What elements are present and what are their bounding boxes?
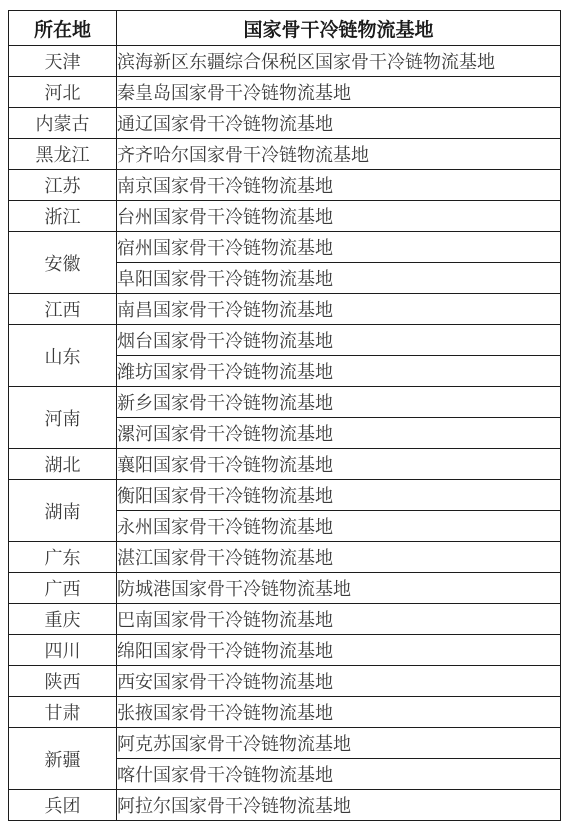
- base-cell: 绵阳国家骨干冷链物流基地: [117, 635, 561, 666]
- regions-table: 所在地 国家骨干冷链物流基地 天津滨海新区东疆综合保税区国家骨干冷链物流基地河北…: [8, 10, 561, 821]
- region-cell: 内蒙古: [9, 108, 117, 139]
- base-cell: 宿州国家骨干冷链物流基地: [117, 232, 561, 263]
- region-cell: 甘肃: [9, 697, 117, 728]
- base-cell: 滨海新区东疆综合保税区国家骨干冷链物流基地: [117, 46, 561, 77]
- table-row: 黑龙江齐齐哈尔国家骨干冷链物流基地: [9, 139, 561, 170]
- base-cell: 防城港国家骨干冷链物流基地: [117, 573, 561, 604]
- base-cell: 阿克苏国家骨干冷链物流基地: [117, 728, 561, 759]
- base-cell: 襄阳国家骨干冷链物流基地: [117, 449, 561, 480]
- region-cell: 新疆: [9, 728, 117, 790]
- table-row: 山东烟台国家骨干冷链物流基地: [9, 325, 561, 356]
- table-row: 兵团阿拉尔国家骨干冷链物流基地: [9, 790, 561, 821]
- base-cell: 台州国家骨干冷链物流基地: [117, 201, 561, 232]
- base-cell: 衡阳国家骨干冷链物流基地: [117, 480, 561, 511]
- table-body: 天津滨海新区东疆综合保税区国家骨干冷链物流基地河北秦皇岛国家骨干冷链物流基地内蒙…: [9, 46, 561, 821]
- base-cell: 西安国家骨干冷链物流基地: [117, 666, 561, 697]
- base-cell: 阜阳国家骨干冷链物流基地: [117, 263, 561, 294]
- table-row: 江苏南京国家骨干冷链物流基地: [9, 170, 561, 201]
- base-cell: 潍坊国家骨干冷链物流基地: [117, 356, 561, 387]
- region-cell: 安徽: [9, 232, 117, 294]
- region-cell: 湖南: [9, 480, 117, 542]
- region-cell: 浙江: [9, 201, 117, 232]
- table-row: 河南新乡国家骨干冷链物流基地: [9, 387, 561, 418]
- region-cell: 江苏: [9, 170, 117, 201]
- base-cell: 南昌国家骨干冷链物流基地: [117, 294, 561, 325]
- region-cell: 天津: [9, 46, 117, 77]
- base-cell: 秦皇岛国家骨干冷链物流基地: [117, 77, 561, 108]
- header-base: 国家骨干冷链物流基地: [117, 11, 561, 46]
- table-row: 重庆巴南国家骨干冷链物流基地: [9, 604, 561, 635]
- region-cell: 黑龙江: [9, 139, 117, 170]
- region-cell: 陕西: [9, 666, 117, 697]
- table-row: 湖南衡阳国家骨干冷链物流基地: [9, 480, 561, 511]
- base-cell: 湛江国家骨干冷链物流基地: [117, 542, 561, 573]
- base-cell: 新乡国家骨干冷链物流基地: [117, 387, 561, 418]
- table-row: 陕西西安国家骨干冷链物流基地: [9, 666, 561, 697]
- table-row: 安徽宿州国家骨干冷链物流基地: [9, 232, 561, 263]
- base-cell: 喀什国家骨干冷链物流基地: [117, 759, 561, 790]
- base-cell: 巴南国家骨干冷链物流基地: [117, 604, 561, 635]
- base-cell: 南京国家骨干冷链物流基地: [117, 170, 561, 201]
- base-cell: 漯河国家骨干冷链物流基地: [117, 418, 561, 449]
- region-cell: 山东: [9, 325, 117, 387]
- base-cell: 烟台国家骨干冷链物流基地: [117, 325, 561, 356]
- table-row: 江西南昌国家骨干冷链物流基地: [9, 294, 561, 325]
- base-cell: 通辽国家骨干冷链物流基地: [117, 108, 561, 139]
- base-cell: 阿拉尔国家骨干冷链物流基地: [117, 790, 561, 821]
- table-row: 广西防城港国家骨干冷链物流基地: [9, 573, 561, 604]
- table-row: 天津滨海新区东疆综合保税区国家骨干冷链物流基地: [9, 46, 561, 77]
- header-row: 所在地 国家骨干冷链物流基地: [9, 11, 561, 46]
- table-row: 广东湛江国家骨干冷链物流基地: [9, 542, 561, 573]
- table-row: 河北秦皇岛国家骨干冷链物流基地: [9, 77, 561, 108]
- region-cell: 湖北: [9, 449, 117, 480]
- region-cell: 河南: [9, 387, 117, 449]
- region-cell: 河北: [9, 77, 117, 108]
- table-row: 新疆阿克苏国家骨干冷链物流基地: [9, 728, 561, 759]
- document-page: 所在地 国家骨干冷链物流基地 天津滨海新区东疆综合保税区国家骨干冷链物流基地河北…: [0, 0, 568, 827]
- region-cell: 广西: [9, 573, 117, 604]
- base-cell: 齐齐哈尔国家骨干冷链物流基地: [117, 139, 561, 170]
- table-row: 四川绵阳国家骨干冷链物流基地: [9, 635, 561, 666]
- base-cell: 永州国家骨干冷链物流基地: [117, 511, 561, 542]
- table-row: 湖北襄阳国家骨干冷链物流基地: [9, 449, 561, 480]
- region-cell: 四川: [9, 635, 117, 666]
- table-row: 甘肃张掖国家骨干冷链物流基地: [9, 697, 561, 728]
- base-cell: 张掖国家骨干冷链物流基地: [117, 697, 561, 728]
- region-cell: 江西: [9, 294, 117, 325]
- region-cell: 兵团: [9, 790, 117, 821]
- table-row: 内蒙古通辽国家骨干冷链物流基地: [9, 108, 561, 139]
- region-cell: 广东: [9, 542, 117, 573]
- header-region: 所在地: [9, 11, 117, 46]
- region-cell: 重庆: [9, 604, 117, 635]
- table-row: 浙江台州国家骨干冷链物流基地: [9, 201, 561, 232]
